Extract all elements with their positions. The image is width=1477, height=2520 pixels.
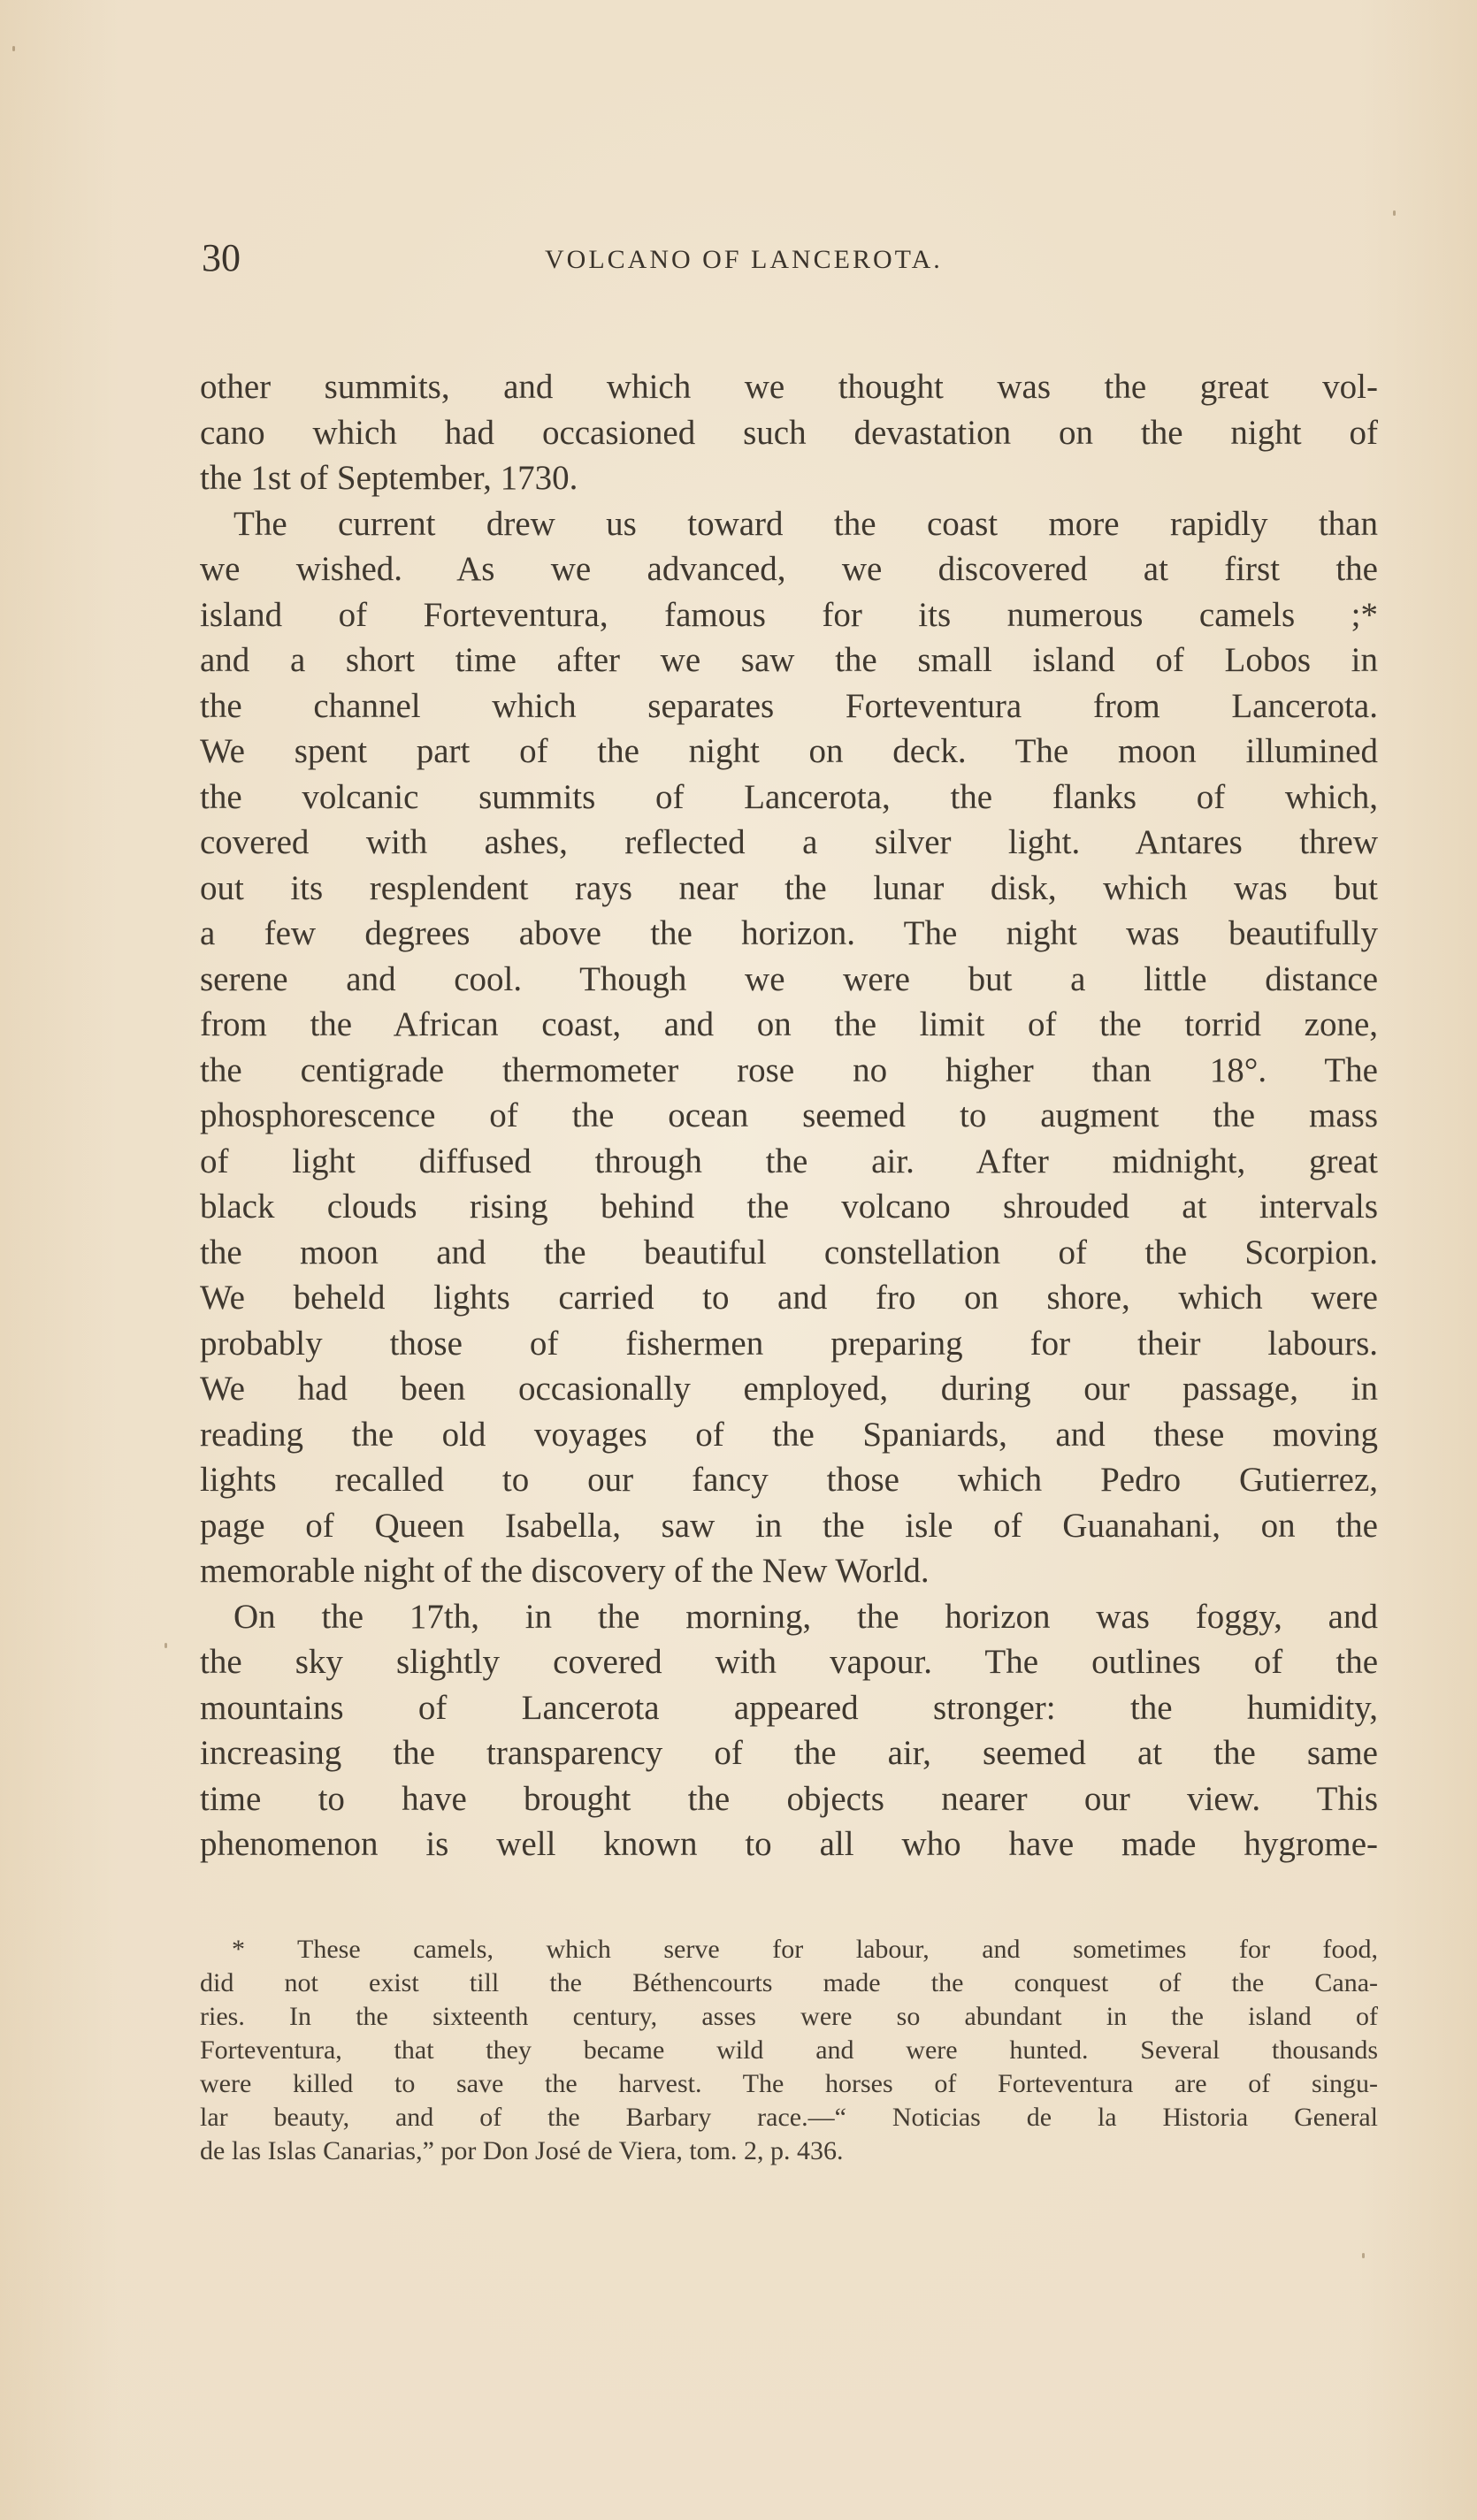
body-line: covered with ashes, reflected a silver l…: [200, 820, 1378, 866]
footnote: * These camels, which serve for labour, …: [200, 1933, 1378, 2168]
body-line: reading the old voyages of the Spaniards…: [200, 1412, 1378, 1458]
body-line: probably those of fishermen preparing fo…: [200, 1321, 1378, 1367]
body-line: serene and cool. Though we were but a li…: [200, 957, 1378, 1003]
footnote-line: ries. In the sixteenth century, asses we…: [200, 2000, 1378, 2034]
body-line: We had been occasionally employed, durin…: [200, 1366, 1378, 1412]
body-line: We spent part of the night on deck. The …: [200, 729, 1378, 775]
body-line: out its resplendent rays near the lunar …: [200, 866, 1378, 912]
body-line: island of Forteventura, famous for its n…: [200, 592, 1378, 638]
body-line: phenomenon is well known to all who have…: [200, 1821, 1378, 1867]
body-line: other summits, and which we thought was …: [200, 364, 1378, 410]
body-line: phosphorescence of the ocean seemed to a…: [200, 1093, 1378, 1139]
body-line: cano which had occasioned such devastati…: [200, 410, 1378, 456]
body-text: other summits, and which we thought was …: [200, 364, 1378, 1867]
body-line: page of Queen Isabella, saw in the isle …: [200, 1503, 1378, 1549]
footnote-line: lar beauty, and of the Barbary race.—“ N…: [200, 2101, 1378, 2134]
body-line: the sky slightly covered with vapour. Th…: [200, 1639, 1378, 1685]
body-line: the centigrade thermometer rose no highe…: [200, 1048, 1378, 1094]
footnote-line: de las Islas Canarias,” por Don José de …: [200, 2134, 1378, 2168]
body-line: black clouds rising behind the volcano s…: [200, 1184, 1378, 1230]
body-line: increasing the transparency of the air, …: [200, 1730, 1378, 1776]
body-line: a few degrees above the horizon. The nig…: [200, 911, 1378, 957]
paper-speck: [165, 1643, 167, 1648]
paper-speck: [1362, 2253, 1365, 2258]
footnote-line: * These camels, which serve for labour, …: [200, 1933, 1378, 1966]
paper-speck: [12, 46, 15, 51]
page-number: 30: [202, 232, 241, 285]
body-line: the channel which separates Forteventura…: [200, 683, 1378, 729]
body-line: We beheld lights carried to and fro on s…: [200, 1275, 1378, 1321]
body-line: time to have brought the objects nearer …: [200, 1776, 1378, 1822]
book-page: 30 VOLCANO OF LANCEROTA. other summits, …: [0, 0, 1477, 2520]
body-line: the 1st of September, 1730.: [200, 455, 1378, 501]
body-line: we wished. As we advanced, we discovered…: [200, 546, 1378, 592]
paragraph-start-line: The current drew us toward the coast mor…: [200, 501, 1378, 547]
body-line: from the African coast, and on the limit…: [200, 1002, 1378, 1048]
running-head: 30 VOLCANO OF LANCEROTA.: [202, 232, 1380, 285]
body-line: mountains of Lancerota appeared stronger…: [200, 1685, 1378, 1731]
paper-speck: [1393, 210, 1396, 216]
body-line: memorable night of the discovery of the …: [200, 1548, 1378, 1594]
body-line: the volcanic summits of Lancerota, the f…: [200, 775, 1378, 821]
paragraph-start-line: On the 17th, in the morning, the horizon…: [200, 1594, 1378, 1640]
body-line: of light diffused through the air. After…: [200, 1139, 1378, 1185]
footnote-line: Forteventura, that they became wild and …: [200, 2034, 1378, 2067]
body-line: the moon and the beautiful constellation…: [200, 1230, 1378, 1276]
footnote-line: did not exist till the Béthencourts made…: [200, 1966, 1378, 2000]
footnote-line: were killed to save the harvest. The hor…: [200, 2067, 1378, 2101]
body-line: and a short time after we saw the small …: [200, 638, 1378, 683]
running-title: VOLCANO OF LANCEROTA.: [545, 235, 943, 285]
body-line: lights recalled to our fancy those which…: [200, 1457, 1378, 1503]
